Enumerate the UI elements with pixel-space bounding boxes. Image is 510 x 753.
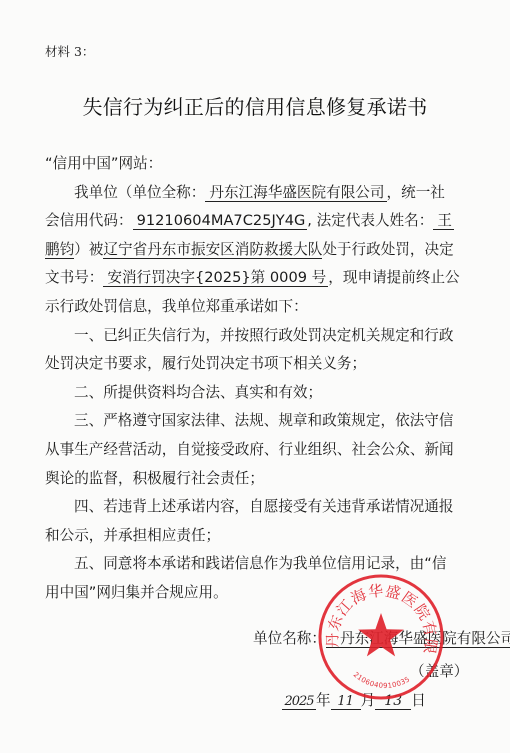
stamp-code-text: 2106040910035 (352, 671, 412, 690)
document-title: 失信行为纠正后的信用信息修复承诺书 (0, 91, 510, 120)
commitment-5-line-1: 五、同意将本承诺和践诺信息作为我单位信用记录，由“信 (45, 550, 460, 579)
intro-text: 会信用代码： (45, 212, 133, 229)
intro-text: 我单位（单位全称： (74, 184, 205, 201)
intro-text: ）被 (74, 241, 103, 258)
legal-rep-field-part2: 鹏钧 (45, 241, 74, 259)
intro-line-2: 会信用代码：91210604MA7C25JY4G, 法定代表人姓名：王 (45, 207, 460, 236)
year-unit: 年 (316, 692, 331, 709)
intro-text: , 法定代表人姓名： (307, 212, 433, 229)
commitment-4-line-1: 四、若违背上述承诺内容，自愿接受有关违背承诺情况通报 (45, 493, 460, 522)
intro-text: 处于行政处罚，决定 (322, 241, 453, 258)
seal-note: （盖章） (410, 660, 468, 681)
credit-code-field: 91210604MA7C25JY4G (133, 212, 308, 230)
commitment-3-line-1: 三、严格遵守国家法律、法规、规章和政策规定，依法守信 (45, 407, 460, 436)
legal-rep-field-part1: 王 (433, 212, 454, 230)
commitment-3-line-3: 舆论的监督，积极履行社会责任； (45, 465, 460, 494)
commitment-4-line-2: 和公示，并承担相应责任； (45, 522, 460, 551)
authority-field: 辽宁省丹东市振安区消防救援大队 (103, 241, 322, 259)
material-label: 材料 3： (45, 42, 94, 60)
commitment-2-line-1: 二、所提供资料均合法、真实和有效； (45, 379, 460, 408)
month-unit: 月 (361, 692, 376, 709)
decision-number-field: 安消行罚决字{2025}第 0009 号 (103, 269, 328, 287)
intro-line-1: 我单位（单位全称：丹东江海华盛医院有限公司，统一社 (45, 179, 460, 208)
company-name-field: 丹东江海华盛医院有限公司 (205, 184, 386, 202)
commitment-1-line-1: 一、已纠正失信行为，并按照行政处罚决定机关规定和行政 (45, 322, 460, 351)
signature-row: 单位名称：丹东江海华盛医院有限公司 (253, 627, 510, 648)
date-month-handwritten: 11 (331, 694, 361, 710)
intro-text: 文书号： (45, 269, 103, 286)
signature-label: 单位名称： (253, 630, 326, 647)
intro-line-4: 文书号：安消行罚决字{2025}第 0009 号，现申请提前终止公 (45, 264, 460, 293)
commitment-5-line-2: 用中国”网归集并合规应用。 (45, 579, 460, 608)
intro-line-3: 鹏钧）被辽宁省丹东市振安区消防救援大队处于行政处罚，决定 (45, 236, 460, 265)
intro-text: ，统一社 (387, 184, 445, 201)
date-day-handwritten: 13 (375, 693, 411, 710)
svg-text:2106040910035: 2106040910035 (352, 671, 412, 690)
commitment-3-line-2: 从事生产经营活动，自觉接受政府、行业组织、社会公众、新闻 (45, 436, 460, 465)
document-page: 材料 3： 失信行为纠正后的信用信息修复承诺书 “信用中国”网站： 我单位（单位… (0, 0, 510, 753)
salutation: “信用中国”网站： (45, 150, 460, 179)
intro-text: ，现申请提前终止公 (328, 269, 459, 286)
date-year-handwritten: 2025 (282, 694, 316, 710)
intro-line-5: 示行政处罚信息，我单位郑重承诺如下： (45, 293, 460, 322)
document-body: “信用中国”网站： 我单位（单位全称：丹东江海华盛医院有限公司，统一社 会信用代… (45, 150, 460, 608)
signature-company-field: 丹东江海华盛医院有限公司 (326, 630, 510, 648)
day-unit: 日 (411, 692, 426, 709)
commitment-1-line-2: 处罚决定书要求，履行处罚决定书项下相关义务； (45, 350, 460, 379)
date-row: 2025年11月13日 (282, 689, 426, 710)
